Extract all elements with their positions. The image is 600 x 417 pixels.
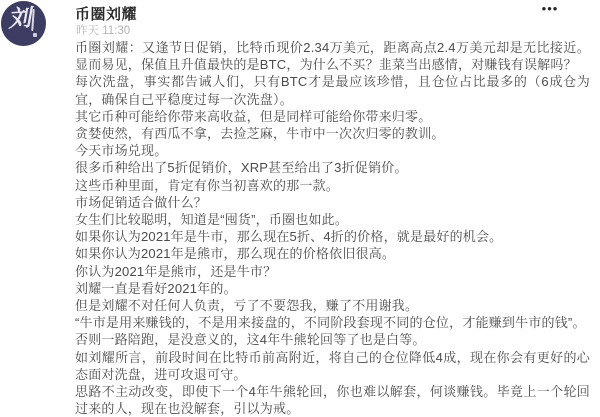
post-paragraph: 币圈刘耀：又逢节日促销，比特币现价2.34万美元，距离高点2.4万美元却是无比接… [75, 39, 590, 73]
more-options-icon[interactable]: ••• [538, 0, 562, 18]
post-paragraph: 女生们比较聪明，知道是“囤货”，币圈也如此。 [75, 211, 590, 228]
post-paragraph: 如果你认为2021年是熊市，那么现在的价格依旧很高。 [75, 245, 590, 262]
post-paragraph: 刘耀一直是看好2021年的。 [75, 280, 590, 297]
post-paragraph: 市场促销适合做什么？ [75, 194, 590, 211]
post-content: 币圈刘耀：又逢节日促销，比特币现价2.34万美元，距离高点2.4万美元却是无比接… [75, 39, 590, 417]
post-paragraph: 今天市场兑现。 [75, 142, 590, 159]
post-paragraph: 贪婪使然，有西瓜不拿，去捡芝麻，牛市中一次次归零的教训。 [75, 125, 590, 142]
avatar-calligraphy-glyph: 刘 [7, 6, 32, 31]
post-paragraph: 否则一路陪跑，是没意义的，这4年牛熊轮回等了也是白等。 [75, 331, 590, 348]
author-name[interactable]: 币圈刘耀 [75, 3, 137, 24]
post-paragraph: 很多币种给出了5折促销价，XRP甚至给出了3折促销价。 [75, 159, 590, 176]
avatar[interactable]: 刘 [1, 1, 46, 46]
post-paragraph: 你认为2021年是熊市，还是牛市？ [75, 263, 590, 280]
avatar-brush-stroke [31, 9, 35, 31]
post-paragraph: 如果你认为2021年是牛市，那么现在5折、4折的价格，就是最好的机会。 [75, 228, 590, 245]
post-paragraph: 其它币种可能给你带来高收益，但是同样可能给你带来归零。 [75, 108, 590, 125]
post-paragraph: “牛市是用来赚钱的，不是用来接盘的，不同阶段套现不同的仓位，才能赚到牛市的钱”。 [75, 314, 590, 331]
post-paragraph: 但是刘耀不对任何人负责，亏了不要怨我，赚了不用谢我。 [75, 297, 590, 314]
post-paragraph: 思路不主动改变，即使下一个4年牛熊轮回，你也难以解套，何谈赚钱。毕竟上一个轮回过… [75, 383, 590, 417]
avatar-seal-mark [33, 33, 37, 37]
post-timestamp: 昨天 11:30 [76, 22, 130, 38]
post-paragraph: 每次洗盘，事实都告诫人们，只有BTC才是最应该珍惜，且仓位占比最多的（6成仓为宜… [75, 73, 590, 107]
post-page: 刘 币圈刘耀 昨天 11:30 ••• 币圈刘耀：又逢节日促销，比特币现价2.3… [0, 0, 600, 417]
post-paragraph: 如刘耀所言，前段时间在比特币前高附近，将自己的仓位降低4成，现在你会有更好的心态… [75, 349, 590, 383]
post-paragraph: 这些币种里面，肯定有你当初喜欢的那一款。 [75, 177, 590, 194]
